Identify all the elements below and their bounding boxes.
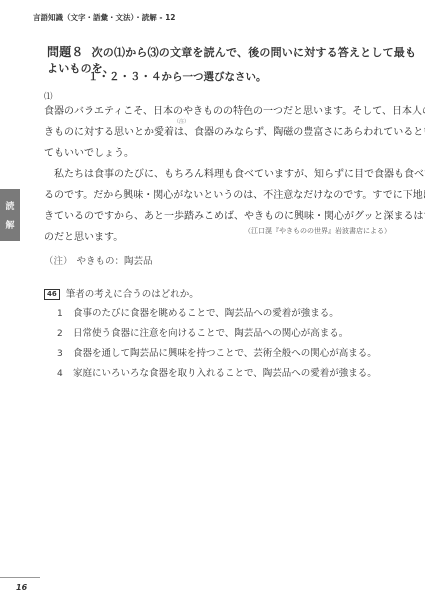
answer-option[interactable]: 2日常使う食器に注意を向けることで、陶芸品への関心が高まる。 <box>57 325 348 339</box>
answer-option[interactable]: 3食器を通して陶芸品に興味を持つことで、芸術全般への関心が高まる。 <box>57 345 377 359</box>
option-number: 1 <box>57 309 73 319</box>
option-text: 食事のたびに食器を眺めることで、陶芸品への愛着が強まる。 <box>73 308 339 319</box>
source-citation: （江口滉『やきものの世界』岩波書店による） <box>244 226 391 236</box>
option-number: 3 <box>57 349 73 359</box>
answer-option[interactable]: 4家庭にいろいろな食器を取り入れることで、陶芸品への愛着が強まる。 <box>57 365 377 379</box>
passage-line: 食器のバラエティこそ、日本のやきものの特色の一つだと思います。そして、日本人のや <box>44 101 394 122</box>
passage-line: てもいいでしょう。 <box>44 143 394 164</box>
passage-line: きものに対する思いとか愛着は、食器のみならず、陶磁の豊富さにあらわれているといっ <box>44 122 394 143</box>
running-header: 言語知識（文字・語彙・文法）・読解 - 12 <box>33 12 176 23</box>
footnote-tag: （注） <box>44 256 73 267</box>
section-side-tab: 読 解 <box>0 189 20 241</box>
option-text: 家庭にいろいろな食器を取り入れることで、陶芸品への愛着が強まる。 <box>73 368 377 379</box>
page-number: 16 <box>16 583 27 592</box>
footnote: （注）やきもの：陶芸品 <box>44 253 153 267</box>
question-block-number: 問題８ <box>47 45 84 59</box>
option-number: 4 <box>57 369 73 379</box>
option-text: 日常使う食器に注意を向けることで、陶芸品への関心が高まる。 <box>73 328 348 339</box>
passage-line: るのです。だから興味・関心がないというのは、不注意なだけなのです。すでに下地はで <box>44 185 394 206</box>
footer-divider <box>0 577 40 578</box>
option-number: 2 <box>57 329 73 339</box>
answer-option[interactable]: 1食事のたびに食器を眺めることで、陶芸品への愛着が強まる。 <box>57 305 339 319</box>
instruction-line-2: １・２・３・４から一つ選びなさい。 <box>88 69 267 84</box>
question-text: 筆者の考えに合うのはどれか。 <box>66 289 199 300</box>
footnote-text: やきもの：陶芸品 <box>77 256 153 267</box>
question: 46筆者の考えに合うのはどれか。 <box>44 286 199 300</box>
option-text: 食器を通して陶芸品に興味を持つことで、芸術全般への関心が高まる。 <box>73 348 377 359</box>
passage-line: 私たちは食事のたびに、もちろん料理も食べていますが、知らずに目で食器も食べてい <box>44 164 394 185</box>
passage-line: きているのですから、あと一歩踏みこめば、やきものに興味・関心がグッと深まるはずな <box>44 206 394 227</box>
question-number-box: 46 <box>44 289 60 300</box>
side-tab-char: 解 <box>5 218 14 231</box>
side-tab-char: 読 <box>5 199 14 212</box>
